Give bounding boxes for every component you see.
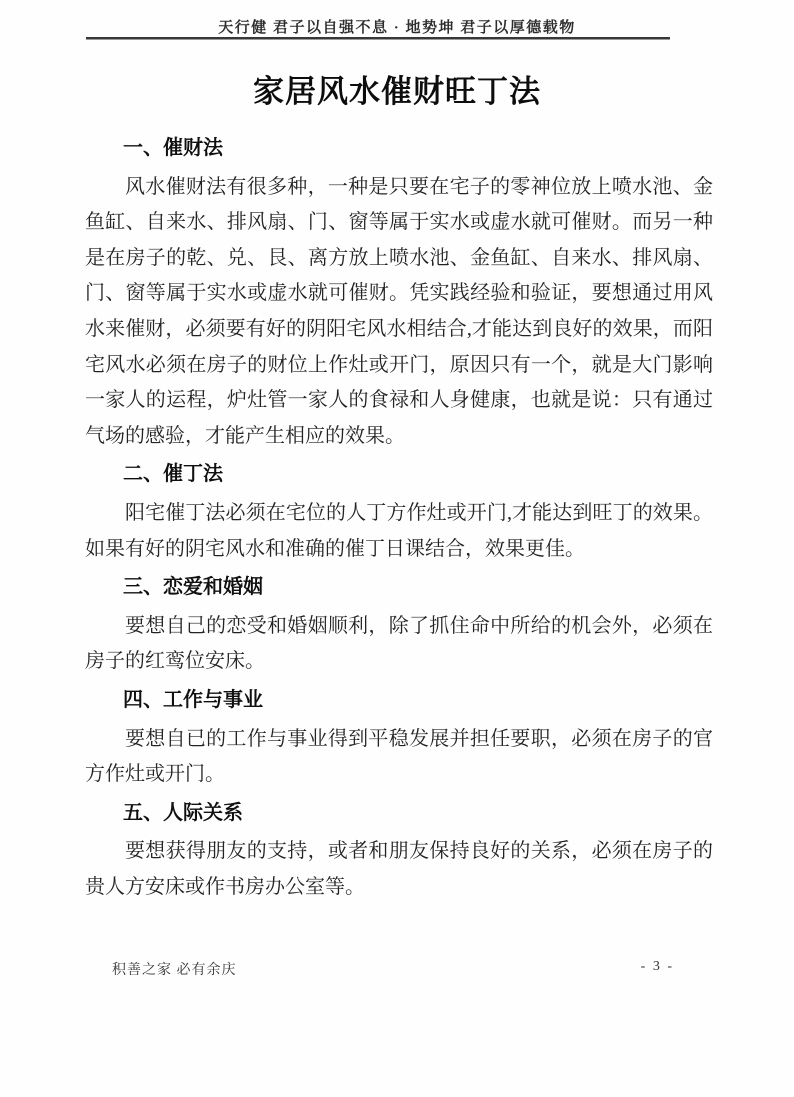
section-heading: 二、催丁法 bbox=[85, 457, 713, 493]
section-wealth-method: 一、催财法 风水催财法有很多种，一种是只要在宅子的零神位放上喷水池、金鱼缸、自来… bbox=[85, 131, 713, 454]
section-work-career: 四、工作与事业 要想自已的工作与事业得到平稳发展并担任要职，必须在房子的官方作灶… bbox=[85, 683, 713, 793]
document-title: 家居风水催财旺丁法 bbox=[0, 66, 794, 111]
section-paragraph: 阳宅催丁法必须在宅位的人丁方作灶或开门,才能达到旺丁的效果。如果有好的阴宅风水和… bbox=[85, 496, 713, 567]
section-heading: 一、催财法 bbox=[85, 131, 713, 167]
section-paragraph: 要想自己的恋受和婚姻顺利，除了抓住命中所给的机会外，必须在房子的红鸾位安床。 bbox=[85, 609, 713, 680]
header-rule bbox=[86, 37, 670, 40]
section-heading: 四、工作与事业 bbox=[85, 683, 713, 719]
section-heading: 三、恋爱和婚姻 bbox=[85, 570, 713, 606]
document-body: 一、催财法 风水催财法有很多种，一种是只要在宅子的零神位放上喷水池、金鱼缸、自来… bbox=[85, 128, 713, 905]
page-number: - 3 - bbox=[641, 959, 674, 979]
section-paragraph: 要想获得朋友的支持，或者和朋友保持良好的关系，必须在房子的贵人方安床或作书房办公… bbox=[85, 834, 713, 905]
section-relationships: 五、人际关系 要想获得朋友的支持，或者和朋友保持良好的关系，必须在房子的贵人方安… bbox=[85, 796, 713, 906]
section-heading: 五、人际关系 bbox=[85, 796, 713, 832]
section-love-marriage: 三、恋爱和婚姻 要想自己的恋受和婚姻顺利，除了抓住命中所给的机会外，必须在房子的… bbox=[85, 570, 713, 680]
footer-motto: 积善之家 必有余庆 bbox=[112, 959, 237, 979]
page-footer: 积善之家 必有余庆 - 3 - bbox=[0, 959, 794, 979]
section-offspring-method: 二、催丁法 阳宅催丁法必须在宅位的人丁方作灶或开门,才能达到旺丁的效果。如果有好… bbox=[85, 457, 713, 567]
document-page: 天行健 君子以自强不息 · 地势坤 君子以厚德载物 家居风水催财旺丁法 一、催财… bbox=[0, 0, 794, 1097]
header-motto: 天行健 君子以自强不息 · 地势坤 君子以厚德载物 bbox=[0, 16, 794, 37]
section-paragraph: 风水催财法有很多种，一种是只要在宅子的零神位放上喷水池、金鱼缸、自来水、排风扇、… bbox=[85, 170, 713, 455]
section-paragraph: 要想自已的工作与事业得到平稳发展并担任要职，必须在房子的官方作灶或开门。 bbox=[85, 722, 713, 793]
